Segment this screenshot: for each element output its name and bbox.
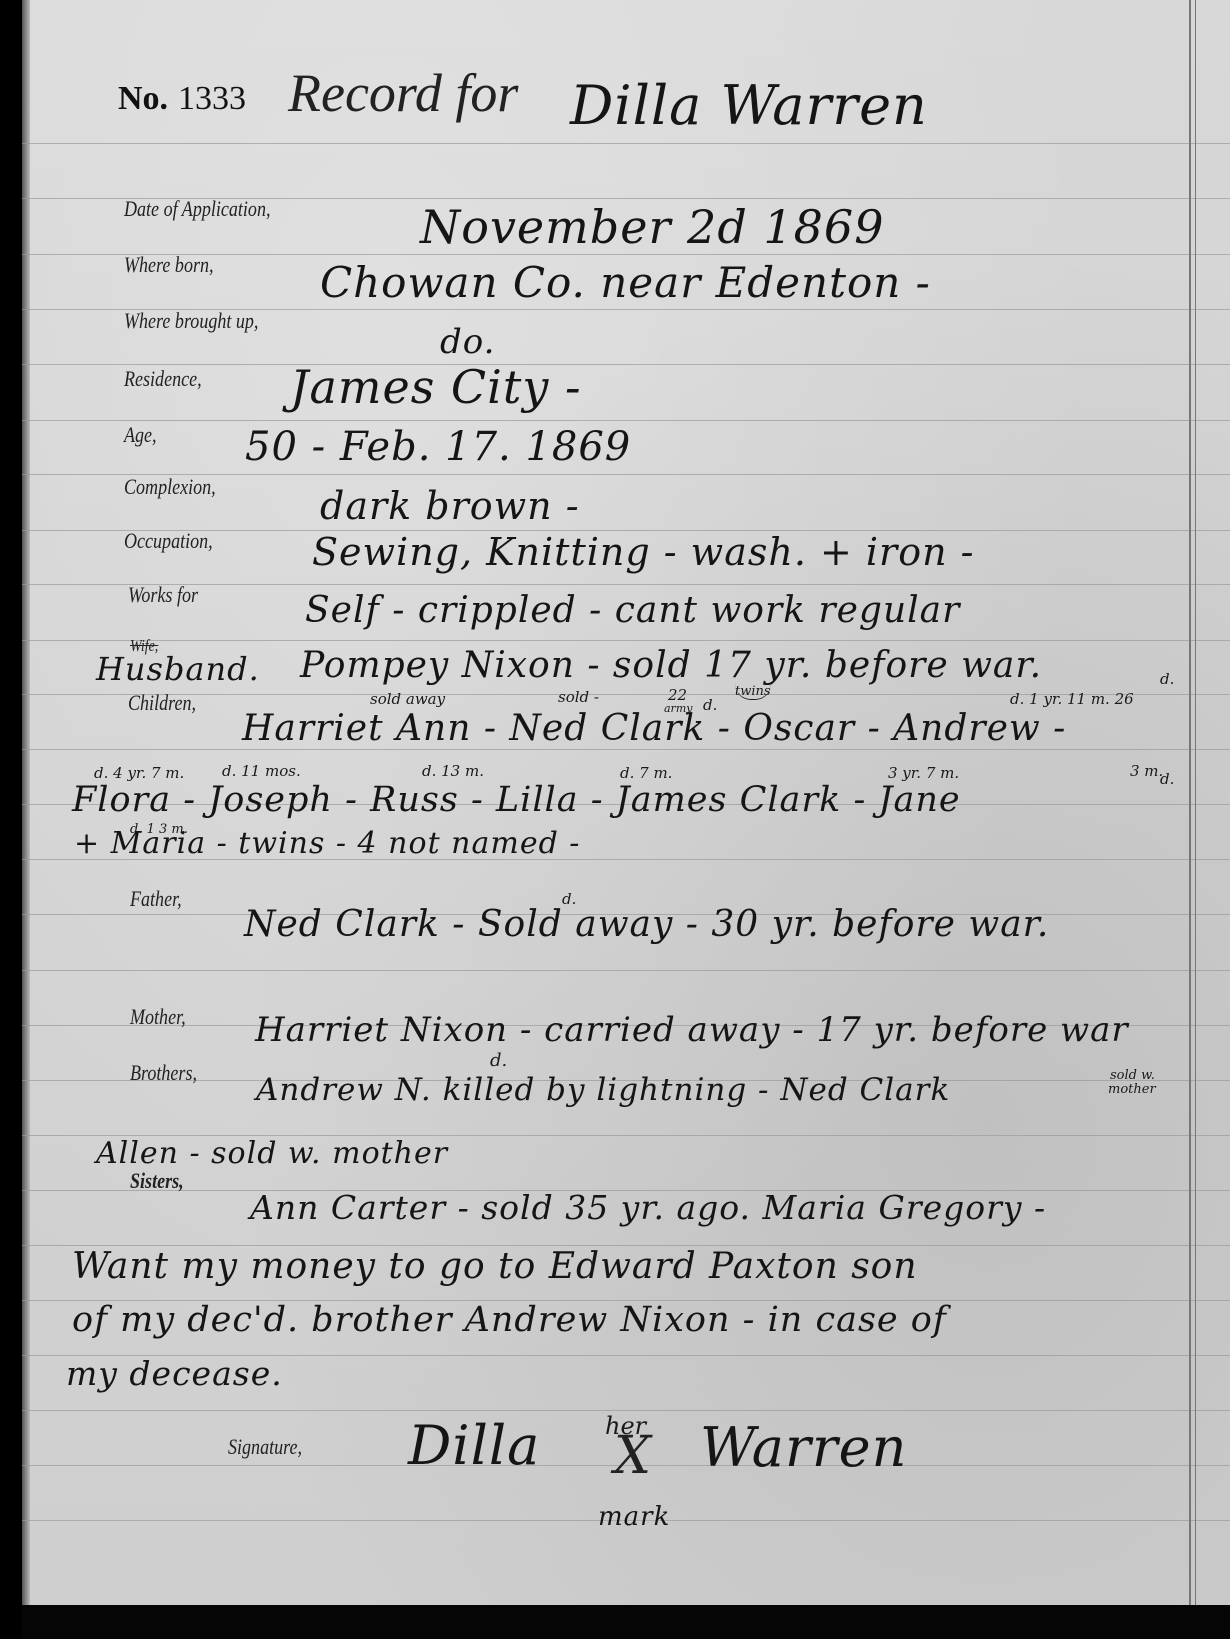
brothers-line-1: Andrew N. killed by lightning - Ned Clar… xyxy=(256,1072,950,1108)
brothers-note-top: sold w. xyxy=(1110,1068,1155,1083)
record-subject-name: Dilla Warren xyxy=(570,74,928,137)
mother-value: Harriet Nixon - carried away - 17 yr. be… xyxy=(255,1010,1129,1050)
annotation-twins-bracket: twins xyxy=(735,684,771,700)
age-value: 50 - Feb. 17. 1869 xyxy=(245,424,631,470)
brothers-note-bottom: mother xyxy=(1108,1082,1156,1097)
right-margin-rule-inner xyxy=(1195,0,1196,1610)
signature-mark-label: mark xyxy=(598,1502,670,1532)
page-edge-shadow xyxy=(22,0,30,1610)
mother-label: Mother, xyxy=(130,1004,186,1030)
signature-label: Signature, xyxy=(228,1434,302,1460)
annotation-russ: d. 13 m. xyxy=(422,762,484,780)
remarks-line-2: of my dec'd. brother Andrew Nixon - in c… xyxy=(72,1300,947,1340)
complexion-label: Complexion, xyxy=(124,474,216,500)
sisters-value: Ann Carter - sold 35 yr. ago. Maria Greg… xyxy=(250,1188,1046,1227)
works-for-label: Works for xyxy=(128,582,198,608)
children-line-1: Harriet Ann - Ned Clark - Oscar - Andrew… xyxy=(242,708,1066,749)
brothers-line-2: Allen - sold w. mother xyxy=(96,1136,448,1171)
where-born-label: Where born, xyxy=(124,252,214,278)
annotation-ned-clark: sold - xyxy=(558,688,599,706)
complexion-value: dark brown - xyxy=(320,484,580,528)
signature-first-name: Dilla xyxy=(408,1414,540,1477)
father-label: Father, xyxy=(130,886,182,912)
remarks-line-3: my decease. xyxy=(66,1354,283,1393)
record-number-prefix: No. xyxy=(118,80,168,118)
brothers-annotation-d: d. xyxy=(490,1050,507,1071)
brothers-label: Brothers, xyxy=(130,1060,197,1086)
works-for-value: Self - crippled - cant work regular xyxy=(305,590,960,631)
annotation-harriet-ann: sold away xyxy=(370,690,445,708)
occupation-value: Sewing, Knitting - wash. + iron - xyxy=(312,530,975,574)
where-born-value: Chowan Co. near Edenton - xyxy=(320,258,931,307)
annotation-joseph: d. 11 mos. xyxy=(222,762,301,780)
residence-value: James City - xyxy=(290,360,581,414)
right-margin-rule xyxy=(1189,0,1191,1610)
date-of-application-label: Date of Application, xyxy=(124,196,270,222)
occupation-label: Occupation, xyxy=(124,528,213,554)
residence-label: Residence, xyxy=(124,366,202,392)
date-of-application-value: November 2d 1869 xyxy=(420,200,884,254)
annotation-jane: 3 m. xyxy=(1130,762,1163,780)
signature-last-name: Warren xyxy=(700,1416,907,1479)
remarks-line-1: Want my money to go to Edward Paxton son xyxy=(72,1246,918,1287)
husband-label: Husband. xyxy=(96,650,260,688)
where-brought-up-label: Where brought up, xyxy=(124,308,258,334)
children-label: Children, xyxy=(128,690,196,716)
page-bottom-edge xyxy=(22,1605,1230,1639)
annotation-andrew-d: d. xyxy=(1160,670,1174,688)
sisters-label: Sisters, xyxy=(130,1168,184,1194)
record-title-label: Record for xyxy=(288,62,518,124)
husband-value: Pompey Nixon - sold 17 yr. before war. xyxy=(300,645,1042,686)
annotation-jane-d: d. xyxy=(1160,770,1174,788)
where-brought-up-value: do. xyxy=(440,322,495,362)
annotation-andrew: d. 1 yr. 11 m. 26 xyxy=(1010,690,1134,708)
age-label: Age, xyxy=(124,422,157,448)
record-number: 1333 xyxy=(178,80,246,118)
signature-mark-x: X xyxy=(614,1426,651,1486)
father-value: Ned Clark - Sold away - 30 yr. before wa… xyxy=(244,904,1049,945)
children-line-2: Flora - Joseph - Russ - Lilla - James Cl… xyxy=(72,780,961,820)
children-line-3: + Maria - twins - 4 not named - xyxy=(74,826,580,861)
